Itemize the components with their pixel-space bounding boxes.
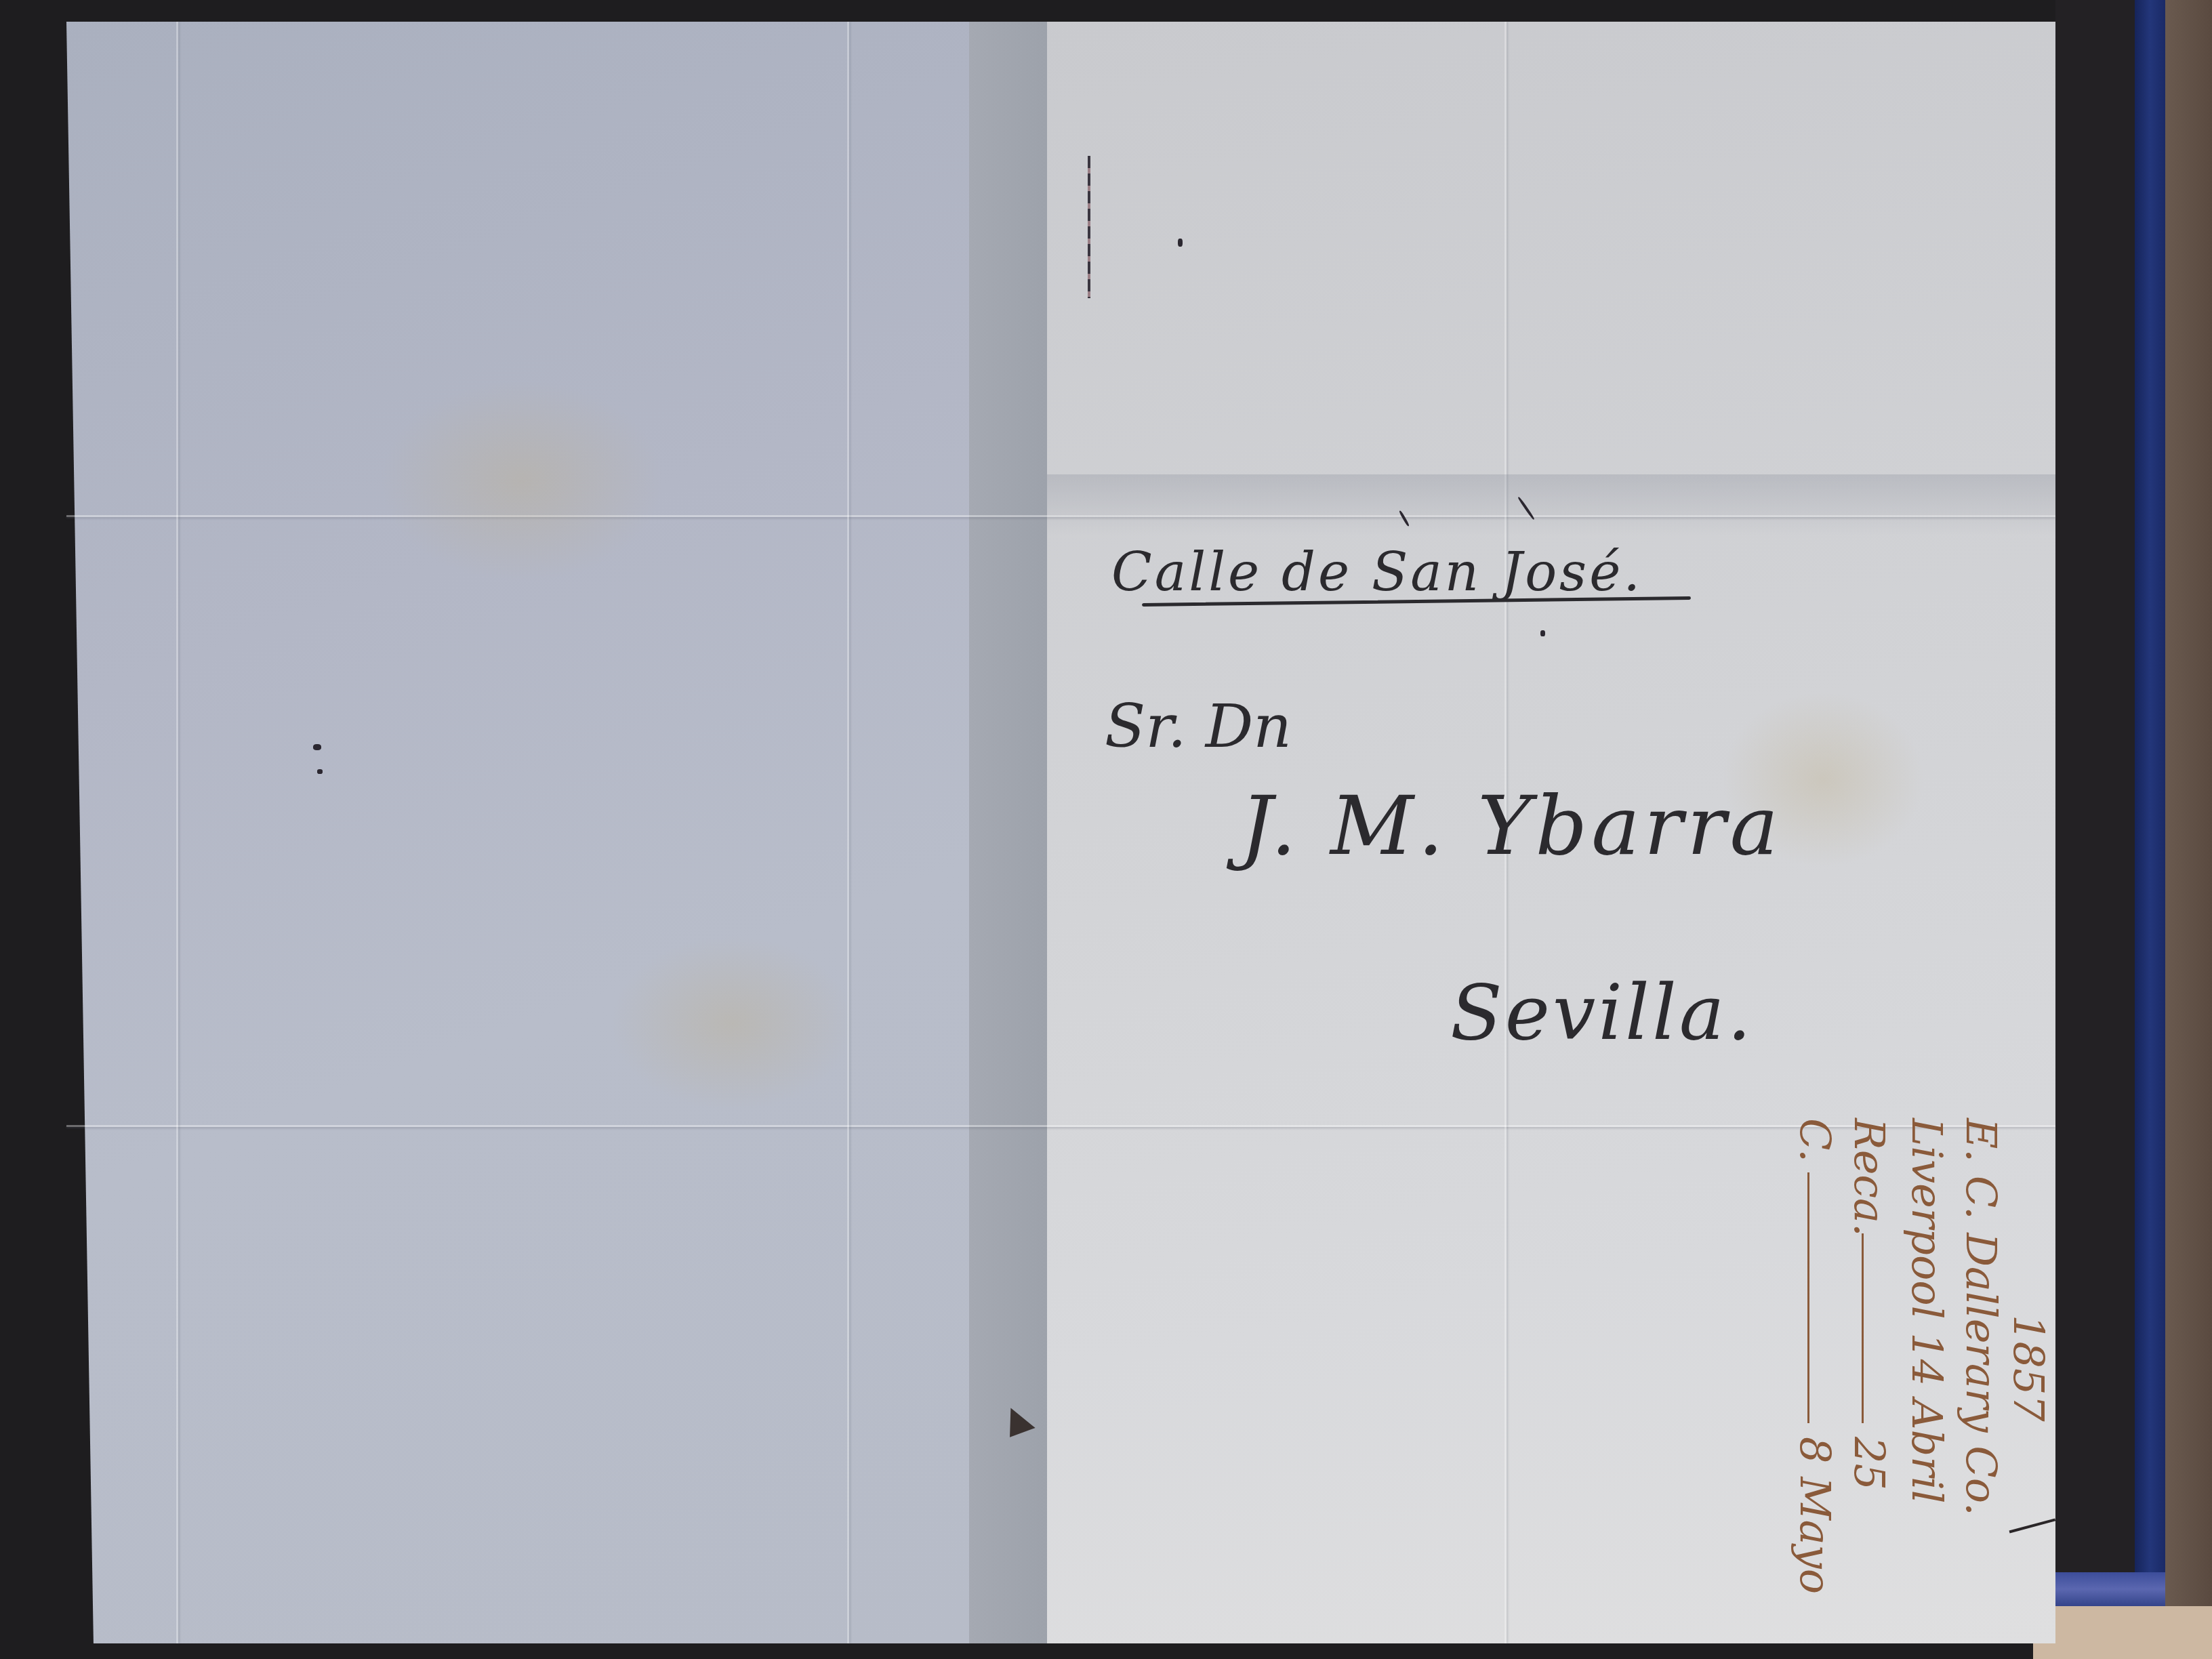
letter-spine-flap — [969, 22, 1047, 1643]
docket-answered-date: 8 Mayo — [1790, 1437, 1840, 1594]
docket-received-label: Reca. — [1845, 1118, 1894, 1237]
salutation: Sr. Dn — [1105, 691, 1292, 761]
docket-received-day: 25 — [1845, 1437, 1894, 1490]
ink-speck — [313, 744, 321, 750]
ink-dot — [1540, 630, 1545, 636]
table-surface — [2165, 0, 2212, 1659]
docket-origin: Liverpool 14 Abril — [1902, 1118, 1952, 1504]
album-binding-strip — [2135, 0, 2165, 1606]
table-surface-bottom — [2033, 1606, 2212, 1659]
docket-year: 1857 — [2004, 1315, 2053, 1422]
letter-left-panel — [66, 22, 969, 1643]
docket-answered-label: C. — [1790, 1118, 1840, 1162]
ink-speck — [1178, 239, 1183, 247]
album-page-margin — [2055, 0, 2135, 1572]
pencil-mark — [1088, 156, 1090, 298]
vertical-fold — [847, 22, 849, 1643]
crease-shadow — [1047, 474, 2055, 535]
street-address: Calle de San José. — [1111, 542, 1643, 603]
ink-speck — [317, 769, 323, 774]
recipient-name: J. M. Ybarra — [1240, 779, 1782, 874]
docket-rule — [1807, 1172, 1809, 1423]
docket-note: 1857 E. C. Dallerary Co. Liverpool 14 Ab… — [1755, 1118, 2053, 1640]
destination-city: Sevilla. — [1450, 969, 1754, 1057]
paper-stain — [610, 935, 854, 1111]
paper-stain — [380, 380, 664, 583]
docket-rule — [1862, 1233, 1864, 1423]
vertical-fold — [176, 22, 178, 1643]
docket-sender: E. C. Dallerary Co. — [1957, 1118, 2006, 1516]
